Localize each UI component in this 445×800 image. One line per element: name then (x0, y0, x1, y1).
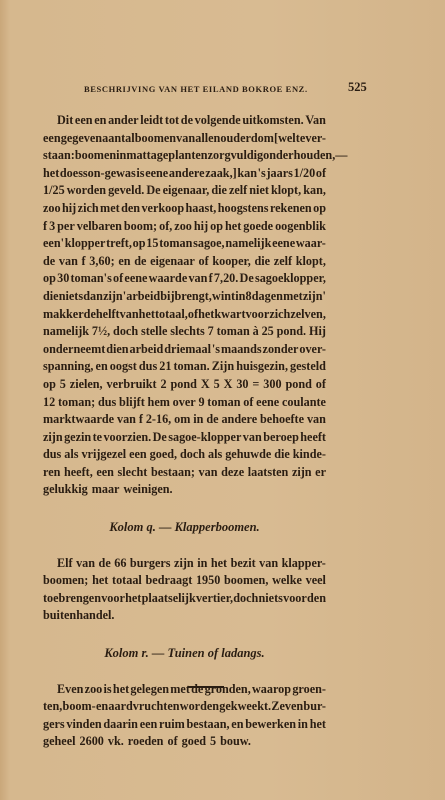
text-line: eengegevenaantalboomenvanallenouderdom[w… (43, 130, 326, 148)
text-line: gersvindendaarineenruimbestaan,enbewerke… (43, 716, 326, 734)
page-number: 525 (348, 80, 367, 95)
text-line: marktwaardevanf2-16,omindeanderebehoefte… (43, 411, 326, 429)
text-line: dusalsvrijgezeleengoed,dochalsgehuwdedie… (43, 446, 326, 464)
text-line: namelijk7½,dochstelleslechts7tomanà25pon… (43, 323, 326, 341)
text-line: devanf3,60;endeeigenaarofkooper,diezelfk… (43, 253, 326, 271)
text-line: geheel2600vk.roedenofgoed5bouw. (43, 733, 326, 751)
text-line: Diteenenanderleidttotdevolgendeuitkomste… (43, 112, 326, 130)
text-line: hetdoesson-gewasiseeneanderezaak,]kan'sj… (43, 165, 326, 183)
text-line: staan:boomeninmattageplantenzorgvuldigon… (43, 147, 326, 165)
text-line: op30toman'sofeenewaardevanf7,20.Desagoek… (43, 270, 326, 288)
text-line: buitenhandel. (43, 607, 326, 625)
text-line: f3pervelbarenboom;of,zoohijophetgoedeoog… (43, 218, 326, 236)
text-line: onderneemtdienarbeiddriemaal'smaandszond… (43, 341, 326, 359)
section-heading-r: Kolom r. — Tuinen of ladangs. (43, 645, 326, 663)
text-line: zijngezintevoorzien.Desagoe-kloppervanbe… (43, 429, 326, 447)
paragraph-klapperboomen: Elfvande66burgerszijninhetbezitvanklappe… (43, 555, 326, 625)
text-line: spanning,enoogstdus21toman.Zijnhuisgezin… (43, 358, 326, 376)
text-line: dienietsdanzijn'arbeidbijbrengt,wintin8d… (43, 288, 326, 306)
paragraph-main: Diteenenanderleidttotdevolgendeuitkomste… (43, 112, 326, 499)
decorative-rule (188, 686, 224, 688)
text-line: boomen;hettotaalbedraagt1950boomen,welke… (43, 572, 326, 590)
running-header: Beschrijving van het eiland Bokroe enz. (84, 84, 372, 94)
text-line: ten,boom-enaardvruchtenwordengekweekt.Ze… (43, 698, 326, 716)
text-line: zoohijzichmetdenverkoophaast,hoogstensre… (43, 200, 326, 218)
text-line: renheeft,eenslechtbestaan;vandezelaatste… (43, 464, 326, 482)
text-line: 1/25wordengeveld.Deeigenaar,diezelfnietk… (43, 182, 326, 200)
text-line: op5zielen,verbruikt2pondX5X30=300pondof (43, 376, 326, 394)
paragraph-tuinen: Evenzooishetgelegenmetdegronden,waaropgr… (43, 681, 326, 751)
text-line: Elfvande66burgerszijninhetbezitvanklappe… (43, 555, 326, 573)
book-page: Beschrijving van het eiland Bokroe enz. … (0, 0, 445, 800)
text-line: toebrengenvoorhetplaatselijkvertier,doch… (43, 590, 326, 608)
text-line: Evenzooishetgelegenmetdegronden,waaropgr… (43, 681, 326, 699)
text-line: een'kloppertreft,op15tomansagoe,namelijk… (43, 235, 326, 253)
text-line: makkerdehelftvanhettotaal,ofhetkwartvoor… (43, 306, 326, 324)
section-heading-q: Kolom q. — Klapperboomen. (43, 519, 326, 537)
text-line: gelukkigmaarweinigen. (43, 481, 326, 499)
page-body: Diteenenanderleidttotdevolgendeuitkomste… (43, 112, 326, 751)
text-line: 12toman;dusblijfthemover9tomanofeenecoul… (43, 394, 326, 412)
